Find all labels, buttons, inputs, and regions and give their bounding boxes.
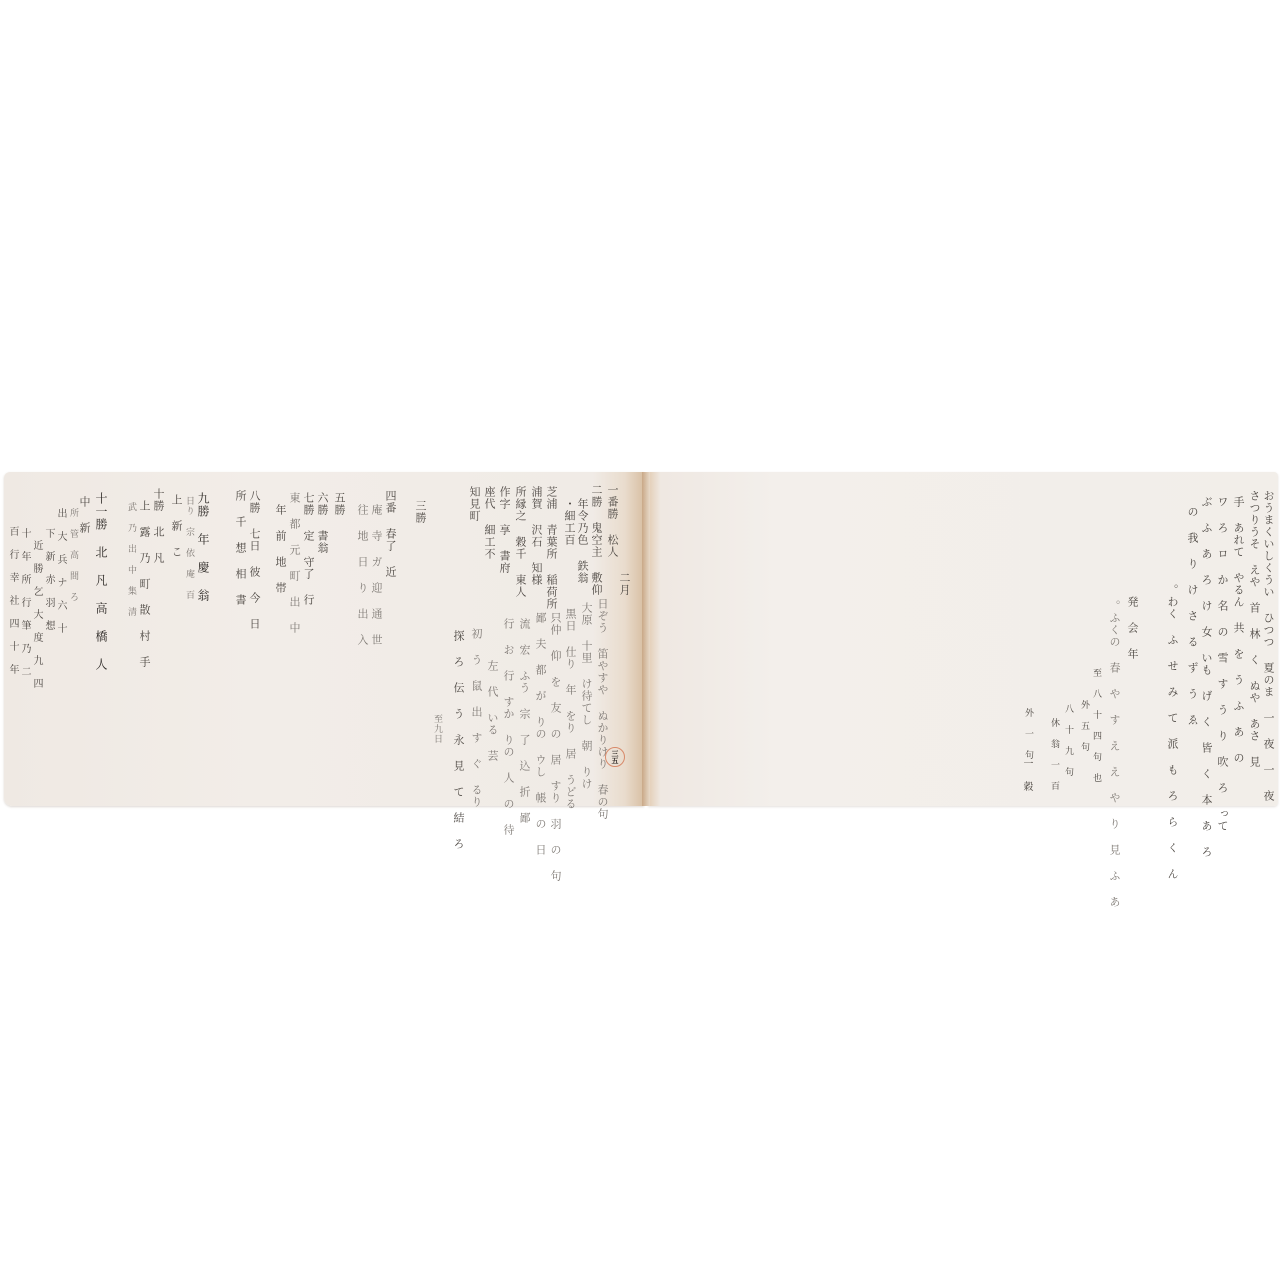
mid-col-7: 七勝 定 守了 行 [302,492,315,606]
left-col-a14: 百 行 幸 社 四 十 年 [6,526,19,675]
left-col-header-4: ・細工百 [563,498,576,546]
left-col-a12: 近 勝 乞 大 度 九 四 [30,540,43,689]
tally-kyuo: 休 翁 一 百 [1048,718,1059,791]
left-poem-col-1: 日ぞう 笛やすや ぬかりけり 春の句 [596,598,609,820]
right-poem-col-7: 。わく ふ せ み て 派 も ろ ら く ん [1166,584,1179,880]
mid-col-2: 四番 春了 近 [384,490,397,578]
right-section-title: 発 会 年 [1126,596,1139,660]
mid-col-4: 往 地 日 り 出 入 [356,504,369,646]
left-poem-col-3: 黒日 仕り 年 をり 居 うどる [564,608,577,810]
mid-col-10: 八勝 七日 彼 今 日 [248,490,261,630]
left-col-header-10: 知見町 [468,486,481,522]
left-col-a3: 上 新 こ [170,494,183,558]
left-poem-col-4: 只仲 仰 を 友 の 居 すり 羽 の 句 [549,612,562,882]
left-col-a9: 所 管 高 間 ろ [66,508,79,602]
tally-sum: 八 十 九 句 [1062,704,1073,777]
left-poem-col-6: 流 宏 ふう 宗 了 込 折 鄙 [518,618,531,824]
mid-col-3: 庵 寺 ガ 迎 通 世 [370,504,383,646]
left-col-header-9: 座代 細工不 [483,486,496,560]
left-poem-col-10: 探 ろ 伝 う 永 見 て 結 ろ [452,630,465,850]
left-col-a2: 日り 宗 依 庵 百 [182,496,195,600]
left-col-a8: 中 新 [78,496,91,534]
tally-signature: 一 穀 [1020,758,1033,792]
month-heading: 二月 [618,572,631,596]
left-col-header-1: 一番勝 松人 [606,484,619,558]
left-col-header-6: 浦賀 沢石 知様 [530,486,543,586]
right-page [648,472,1278,806]
left-col-a10: 出 大 兵 ナ 六 十 [54,508,67,634]
mid-col-8: 東 都 元 町 出 中 [288,492,301,634]
left-poem-col-7: 行 お 行 すか りの 人 の 待 [502,618,515,836]
left-col-a7: 十一勝 北 凡 高 橋 人 [94,492,107,671]
right-verse: 。ふくの 春 や す え え や り 見 ふ あ [1108,600,1121,908]
right-poem-col-6: の 我 り け さ る ず う ゑ [1186,506,1199,726]
left-col-header-2: 二勝 鬼空主 敷仰 [590,484,603,596]
left-poem-col-8: 左 代 いる 芸 [486,660,499,762]
left-col-a4: 十勝 北 凡 [152,488,165,564]
left-poem-signature: 至九日 [430,714,443,744]
left-col-a1: 九勝 年 慶 翁 [196,492,209,602]
left-poem-col-5: 鄙 夫 都 が りの ウし 帳 の 日 [534,612,547,856]
tally-total: 至 八 十 四 句 也 [1090,668,1101,783]
mid-col-6: 六勝 書翁 [316,492,329,554]
right-poem-col-1: おうまくいしくうい ひつつ 夏のま 一 夜 一 夜 [1262,490,1275,802]
left-col-a13: 十 年 所 行 筆 乃 二 [18,528,31,677]
left-col-a11: 下 新 赤 羽 想 [42,528,55,631]
left-col-a5: 上 露 乃 町 散 村 手 [138,500,151,668]
left-col-a6: 武 乃 出 中 集 清 [124,502,137,617]
right-poem-col-2: さつりうそ えや 首 林 く ぬや あさ 見 [1248,490,1261,768]
left-col-header-7: 所縁之 穀千 東人 [514,486,527,598]
right-poem-col-4: ワ ろ ロ か 名 の 雪 す う り 吹 ろ って [1216,496,1229,832]
mid-col-5: 五勝 [333,492,346,516]
left-poem-col-9: 初 う 鼠 出 す ぐ るり [470,628,483,808]
page-number-stamp: 三五 [605,747,625,767]
left-col-header-8: 作字 享 書府 [498,486,511,574]
right-poem-col-3: 手 あれて やるん 共 を う ふ あ の [1232,496,1245,764]
mid-col-11: 所 千 想 相 書 [234,490,247,606]
mid-col-1: 三勝 [414,500,427,524]
tally-outside: 外 一 句 [1022,708,1033,760]
right-poem-col-5: ぶ ふ あ ろ け 女 いも げ く 皆 く 本 あ ろ [1200,496,1213,858]
manuscript-spread: 一番勝 松人 二勝 鬼空主 敷仰 年令乃色 鉄翁 ・細工百 芝浦 青葉所 稲荷所… [0,0,1280,1280]
left-col-header-3: 年令乃色 鉄翁 [576,498,589,584]
tally-extra: 外 五 句 [1078,700,1089,752]
left-poem-col-2: 大原 十里 け待てし 朝 りけ [580,602,593,790]
mid-col-9: 年 前 地 帯 [274,504,287,594]
binding-gutter [642,472,650,806]
left-col-header-5: 芝浦 青葉所 稲荷所 [545,486,558,610]
